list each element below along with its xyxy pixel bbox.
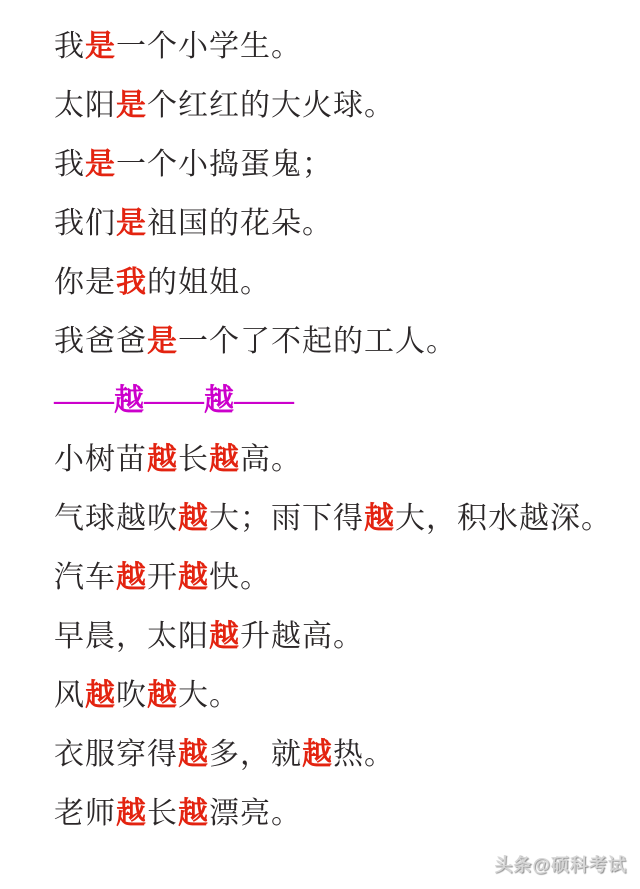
highlight-char: 越 [302, 729, 333, 773]
sentence-line: 风越吹越大。 [54, 662, 640, 721]
sentence-text: 升越高。 [240, 611, 364, 655]
sentence-text: 我爸爸 [54, 316, 147, 360]
sentence-line: 小树苗越长越高。 [54, 426, 640, 485]
sentence-text: 大，积水越深。 [395, 493, 612, 537]
highlight-char: 越 [147, 434, 178, 478]
highlight-char: 越 [85, 670, 116, 714]
sentence-text: 祖国的花朵。 [147, 198, 333, 242]
sentence-text: 早晨，太阳 [54, 611, 209, 655]
sentence-line: 老师越长越漂亮。 [54, 780, 640, 839]
watermark: 头条@硕科考试 [494, 851, 627, 877]
sentence-text: 长 [178, 434, 209, 478]
sentence-text: 汽车 [54, 552, 116, 596]
sentence-text: 我 [54, 139, 85, 183]
highlight-char: 是 [116, 80, 147, 124]
sentence-text: 太阳 [54, 80, 116, 124]
sentence-text: 老师 [54, 788, 116, 832]
sentence-text: 小树苗 [54, 434, 147, 478]
sentence-text: 高。 [240, 434, 302, 478]
highlight-char: 越 [209, 434, 240, 478]
sentence-line: 汽车越开越快。 [54, 544, 640, 603]
highlight-char: 越 [178, 729, 209, 773]
sentence-line: 早晨，太阳越升越高。 [54, 603, 640, 662]
sentence-line: 我是一个小学生。 [54, 13, 640, 72]
sentence-text: 大；雨下得 [209, 493, 364, 537]
highlight-char: 越 [209, 611, 240, 655]
sentence-text: 我 [54, 21, 85, 65]
sentence-text: 我们 [54, 198, 116, 242]
highlight-char: 我 [116, 257, 147, 301]
highlight-char: 是 [116, 198, 147, 242]
sentence-text: 热。 [333, 729, 395, 773]
highlight-char: 是 [85, 139, 116, 183]
sentence-text: 漂亮。 [209, 788, 302, 832]
sentence-line: 气球越吹越大；雨下得越大，积水越深。 [54, 485, 640, 544]
sentence-line: 我是一个小捣蛋鬼； [54, 131, 640, 190]
sentence-text: 气球越吹 [54, 493, 178, 537]
sentence-text: 快。 [209, 552, 271, 596]
sentence-text: 一个了不起的工人。 [178, 316, 457, 360]
highlight-char: 是 [85, 21, 116, 65]
document-body: 我是一个小学生。太阳是个红红的大火球。我是一个小捣蛋鬼；我们是祖国的花朵。你是我… [0, 0, 640, 889]
sentence-text: 风 [54, 670, 85, 714]
highlight-char: 越 [116, 552, 147, 596]
highlight-char: 越 [178, 552, 209, 596]
sentence-text: 衣服穿得 [54, 729, 178, 773]
sentence-line: 你是我的姐姐。 [54, 249, 640, 308]
sentence-text: 长 [147, 788, 178, 832]
highlight-char: 越 [116, 788, 147, 832]
sentence-text: 开 [147, 552, 178, 596]
sentence-line: 衣服穿得越多，就越热。 [54, 721, 640, 780]
sentence-line: 我爸爸是一个了不起的工人。 [54, 308, 640, 367]
sentence-text: 多，就 [209, 729, 302, 773]
sentence-text: 吹 [116, 670, 147, 714]
sentence-text: 的姐姐。 [147, 257, 271, 301]
sentence-text: 大。 [178, 670, 240, 714]
highlight-char: 越 [178, 493, 209, 537]
sentence-text: 个红红的大火球。 [147, 80, 395, 124]
section-heading: ——越——越—— [54, 367, 640, 426]
highlight-char: 越 [178, 788, 209, 832]
sentence-text: ——越——越—— [54, 375, 294, 419]
highlight-char: 是 [147, 316, 178, 360]
highlight-char: 越 [364, 493, 395, 537]
sentence-line: 太阳是个红红的大火球。 [54, 72, 640, 131]
sentence-text: 一个小捣蛋鬼； [116, 139, 333, 183]
highlight-char: 越 [147, 670, 178, 714]
sentence-text: 一个小学生。 [116, 21, 302, 65]
sentence-text: 你是 [54, 257, 116, 301]
sentence-line: 我们是祖国的花朵。 [54, 190, 640, 249]
